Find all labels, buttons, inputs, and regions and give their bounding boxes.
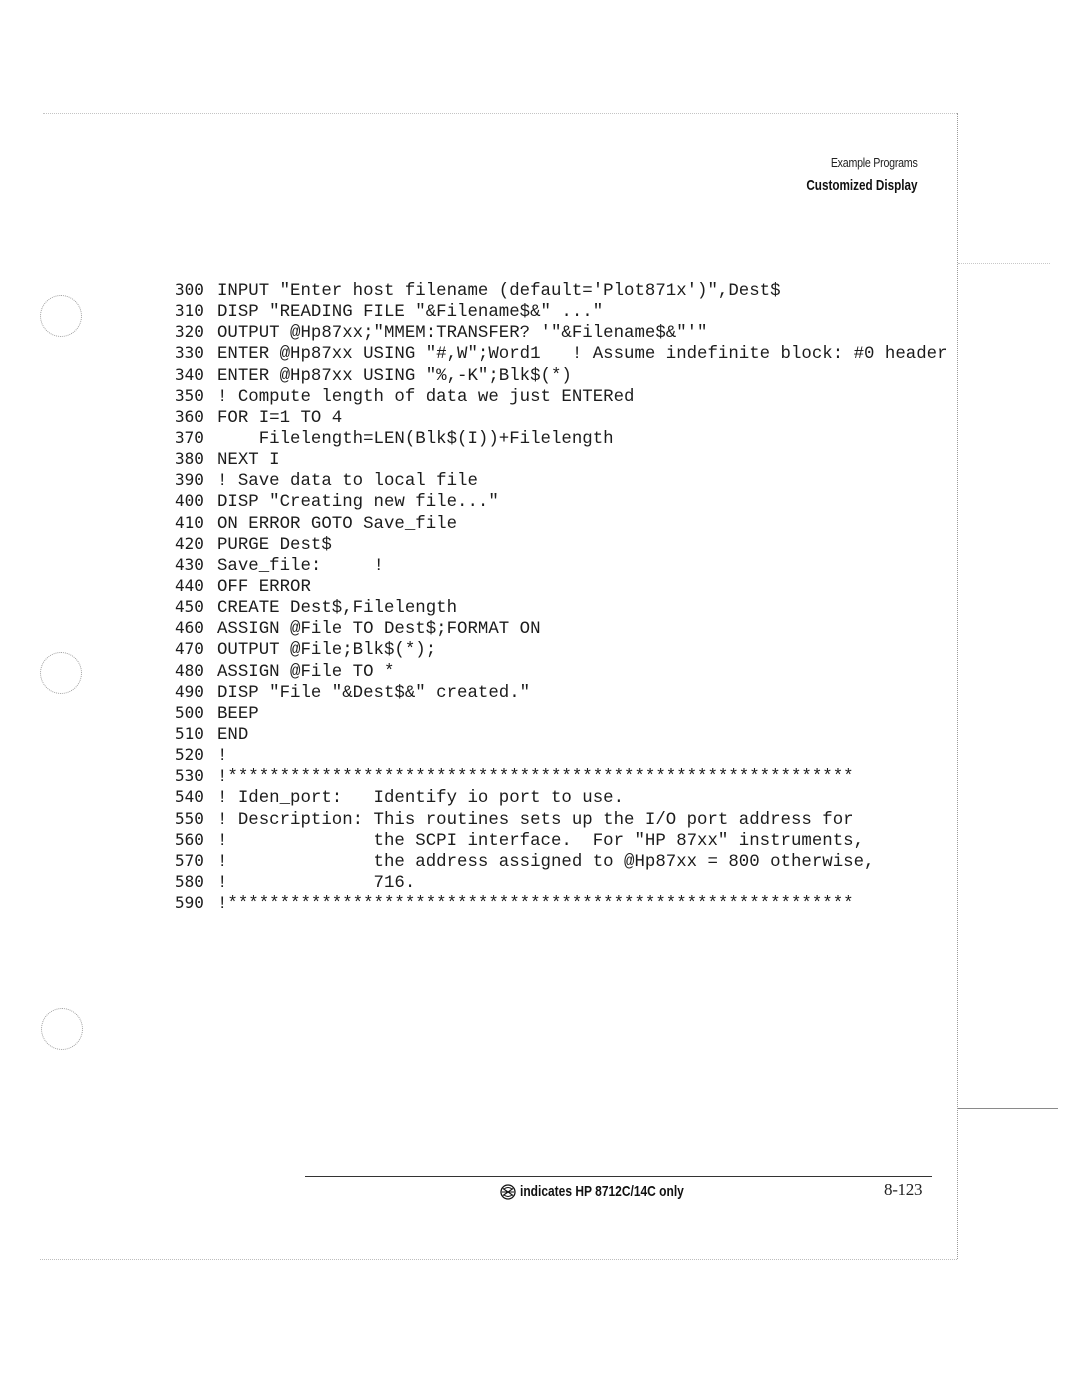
code-line: 570! the address assigned to @Hp87xx = 8… <box>175 850 948 871</box>
code-line: 310DISP "READING FILE "&Filename$&" ..." <box>175 300 948 321</box>
code-line: 470OUTPUT @File;Blk$(*); <box>175 638 948 659</box>
code-line: 540! Iden_port: Identify io port to use. <box>175 786 948 807</box>
line-number: 490 <box>175 681 217 702</box>
tab-mark-lower <box>958 1108 1058 1109</box>
tab-mark-upper <box>958 263 1050 264</box>
line-number: 560 <box>175 829 217 850</box>
line-text: ENTER @Hp87xx USING "#,W";Word1 ! Assume… <box>217 345 948 364</box>
header-subsection-title: Customized Display <box>807 174 918 198</box>
line-number: 320 <box>175 321 217 342</box>
line-number: 540 <box>175 786 217 807</box>
code-line: 520! <box>175 744 948 765</box>
line-number: 400 <box>175 490 217 511</box>
code-line: 550! Description: This routines sets up … <box>175 808 948 829</box>
line-text: !***************************************… <box>217 768 854 787</box>
line-text: Save_file: ! <box>217 557 384 576</box>
code-line: 500BEEP <box>175 702 948 723</box>
code-line: 480ASSIGN @File TO * <box>175 660 948 681</box>
code-line: 510END <box>175 723 948 744</box>
line-number: 360 <box>175 406 217 427</box>
line-number: 530 <box>175 765 217 786</box>
line-text: DISP "READING FILE "&Filename$&" ..." <box>217 303 603 322</box>
line-number: 500 <box>175 702 217 723</box>
line-number: 340 <box>175 364 217 385</box>
running-header: Example Programs Customized Display <box>775 154 918 198</box>
line-text: END <box>217 726 248 745</box>
code-line: 340ENTER @Hp87xx USING "%,-K";Blk$(*) <box>175 364 948 385</box>
line-text: BEEP <box>217 705 259 724</box>
line-text: ENTER @Hp87xx USING "%,-K";Blk$(*) <box>217 367 572 386</box>
footer-note-text: indicates HP 8712C/14C only <box>520 1183 684 1200</box>
line-text: DISP "Creating new file..." <box>217 493 499 512</box>
line-number: 520 <box>175 744 217 765</box>
line-text: OUTPUT @File;Blk$(*); <box>217 641 436 660</box>
code-line: 450CREATE Dest$,Filelength <box>175 596 948 617</box>
line-number: 300 <box>175 279 217 300</box>
code-line: 490DISP "File "&Dest$&" created." <box>175 681 948 702</box>
line-text: PURGE Dest$ <box>217 536 332 555</box>
line-number: 450 <box>175 596 217 617</box>
line-text: ! the address assigned to @Hp87xx = 800 … <box>217 853 874 872</box>
line-text: ON ERROR GOTO Save_file <box>217 515 457 534</box>
line-number: 550 <box>175 808 217 829</box>
code-line: 390! Save data to local file <box>175 469 948 490</box>
line-text: ! Save data to local file <box>217 472 478 491</box>
line-number: 580 <box>175 871 217 892</box>
line-text: Filelength=LEN(Blk$(I))+Filelength <box>217 430 614 449</box>
code-line: 300INPUT "Enter host filename (default='… <box>175 279 948 300</box>
line-number: 370 <box>175 427 217 448</box>
page-border-bottom <box>40 1259 957 1260</box>
line-text: ! Description: This routines sets up the… <box>217 811 854 830</box>
line-text: INPUT "Enter host filename (default='Plo… <box>217 282 781 301</box>
code-line: 350! Compute length of data we just ENTE… <box>175 385 948 406</box>
code-line: 360FOR I=1 TO 4 <box>175 406 948 427</box>
line-text: OFF ERROR <box>217 578 311 597</box>
line-text: ! 716. <box>217 874 415 893</box>
line-text: ! the SCPI interface. For "HP 87xx" inst… <box>217 832 864 851</box>
line-number: 410 <box>175 512 217 533</box>
code-line: 400DISP "Creating new file..." <box>175 490 948 511</box>
line-text: FOR I=1 TO 4 <box>217 409 342 428</box>
header-section-title: Example Programs <box>801 154 918 172</box>
code-line: 440OFF ERROR <box>175 575 948 596</box>
line-text: ! Iden_port: Identify io port to use. <box>217 789 624 808</box>
line-number: 510 <box>175 723 217 744</box>
code-line: 430Save_file: ! <box>175 554 948 575</box>
line-text: OUTPUT @Hp87xx;"MMEM:TRANSFER? '"&Filena… <box>217 324 708 343</box>
line-number: 310 <box>175 300 217 321</box>
page-border-top <box>43 113 957 114</box>
code-line: 320OUTPUT @Hp87xx;"MMEM:TRANSFER? '"&Fil… <box>175 321 948 342</box>
instrument-symbol-icon <box>500 1184 516 1200</box>
line-number: 470 <box>175 638 217 659</box>
line-number: 570 <box>175 850 217 871</box>
line-text: ! Compute length of data we just ENTERed <box>217 388 634 407</box>
code-line: 370 Filelength=LEN(Blk$(I))+Filelength <box>175 427 948 448</box>
code-line: 380NEXT I <box>175 448 948 469</box>
line-number: 390 <box>175 469 217 490</box>
binder-hole-top <box>40 295 82 337</box>
footer-note: indicates HP 8712C/14C only <box>500 1183 725 1200</box>
page-number: 8-123 <box>884 1180 922 1200</box>
binder-hole-middle <box>40 652 82 694</box>
binder-hole-bottom <box>41 1008 83 1050</box>
code-line: 560! the SCPI interface. For "HP 87xx" i… <box>175 829 948 850</box>
line-text: ASSIGN @File TO Dest$;FORMAT ON <box>217 620 541 639</box>
line-text: ASSIGN @File TO * <box>217 663 394 682</box>
code-line: 590!************************************… <box>175 892 948 913</box>
line-text: CREATE Dest$,Filelength <box>217 599 457 618</box>
line-text: NEXT I <box>217 451 280 470</box>
line-number: 380 <box>175 448 217 469</box>
line-number: 480 <box>175 660 217 681</box>
line-text: ! <box>217 747 227 766</box>
line-number: 350 <box>175 385 217 406</box>
line-number: 420 <box>175 533 217 554</box>
line-number: 430 <box>175 554 217 575</box>
code-line: 410ON ERROR GOTO Save_file <box>175 512 948 533</box>
line-number: 440 <box>175 575 217 596</box>
code-line: 530!************************************… <box>175 765 948 786</box>
code-line: 460ASSIGN @File TO Dest$;FORMAT ON <box>175 617 948 638</box>
line-number: 590 <box>175 892 217 913</box>
line-number: 460 <box>175 617 217 638</box>
page-border-right <box>957 113 958 1259</box>
line-text: DISP "File "&Dest$&" created." <box>217 684 530 703</box>
footer-rule <box>305 1176 932 1177</box>
line-text: !***************************************… <box>217 895 854 914</box>
line-number: 330 <box>175 342 217 363</box>
code-line: 330ENTER @Hp87xx USING "#,W";Word1 ! Ass… <box>175 342 948 363</box>
code-listing: 300INPUT "Enter host filename (default='… <box>175 279 948 913</box>
code-line: 580! 716. <box>175 871 948 892</box>
code-line: 420PURGE Dest$ <box>175 533 948 554</box>
